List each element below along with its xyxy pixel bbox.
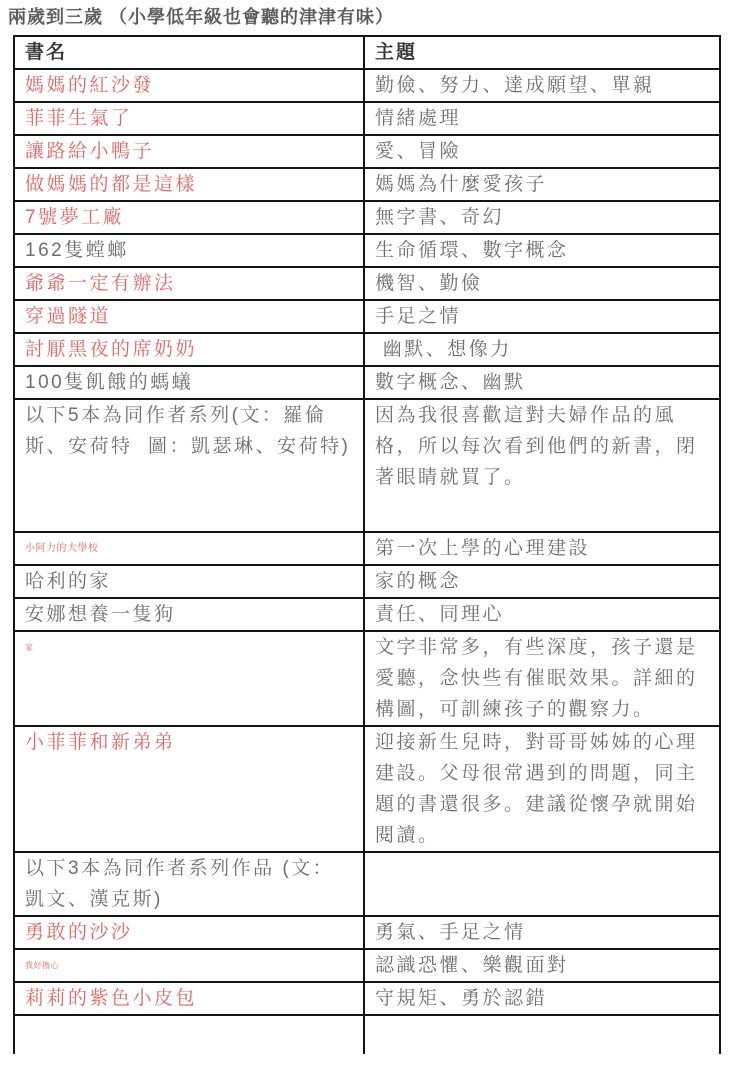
book-title-cell: 家: [14, 631, 364, 726]
table-row: 7號夢工廠無字書、奇幻: [14, 201, 720, 234]
book-title-cell: 100隻飢餓的螞蟻: [14, 366, 364, 399]
book-title-cell: 以下3本為同作者系列作品 (文：凱文、漢克斯): [14, 852, 364, 916]
table-header-row: 書名 主題: [14, 36, 720, 69]
table-row: 哈利的家家的概念: [14, 565, 720, 598]
table-row: 討厭黑夜的席奶奶 幽默、想像力: [14, 333, 720, 366]
theme-cell: [364, 852, 720, 916]
column-header-book-title: 書名: [14, 36, 364, 69]
table-row: 100隻飢餓的螞蟻數字概念、幽默: [14, 366, 720, 399]
book-title-cell: 討厭黑夜的席奶奶: [14, 333, 364, 366]
table-body: 媽媽的紅沙發勤儉、努力、達成願望、單親菲菲生氣了情緒處理讓路給小鴨子愛、冒險做媽…: [14, 69, 720, 1054]
theme-cell: 生命循環、數字概念: [364, 234, 720, 267]
table-row: 做媽媽的都是這樣媽媽為什麼愛孩子: [14, 168, 720, 201]
table-row: 以下5本為同作者系列(文：羅倫斯、安荷特 圖：凱瑟琳、安荷特)因為我很喜歡這對夫…: [14, 399, 720, 532]
book-title-cell: 菲菲生氣了: [14, 102, 364, 135]
table-row: 菲菲生氣了情緒處理: [14, 102, 720, 135]
theme-cell: 愛、冒險: [364, 135, 720, 168]
theme-cell: 責任、同理心: [364, 598, 720, 631]
theme-cell: [364, 1015, 720, 1054]
book-title-cell: 小阿力的大學校: [14, 532, 364, 565]
theme-cell: 因為我很喜歡這對夫婦作品的風格，所以每次看到他們的新書，閉著眼睛就買了。: [364, 399, 720, 532]
book-title-cell: 媽媽的紅沙發: [14, 69, 364, 102]
book-title-cell: [14, 1015, 364, 1054]
book-title-cell: 162隻螳螂: [14, 234, 364, 267]
book-title-cell: 小菲菲和新弟弟: [14, 726, 364, 852]
table-row: 讓路給小鴨子愛、冒險: [14, 135, 720, 168]
table-row: 162隻螳螂生命循環、數字概念: [14, 234, 720, 267]
theme-cell: 無字書、奇幻: [364, 201, 720, 234]
table-row: 小阿力的大學校第一次上學的心理建設: [14, 532, 720, 565]
table-row: 以下3本為同作者系列作品 (文：凱文、漢克斯): [14, 852, 720, 916]
theme-cell: 幽默、想像力: [364, 333, 720, 366]
page-title: 兩歲到三歲 （小學低年級也會聽的津津有味）: [8, 6, 740, 28]
table-row: 勇敢的沙沙勇氣、手足之情: [14, 916, 720, 949]
table-row: 小菲菲和新弟弟迎接新生兒時，對哥哥姊姊的心理建設。父母很常遇到的問題，同主題的書…: [14, 726, 720, 852]
book-title-cell: 莉莉的紫色小皮包: [14, 982, 364, 1015]
book-title-cell: 穿過隧道: [14, 300, 364, 333]
table-row: 爺爺一定有辦法機智、勤儉: [14, 267, 720, 300]
table-row: 我好擔心認識恐懼、樂觀面對: [14, 949, 720, 982]
table-row: 媽媽的紅沙發勤儉、努力、達成願望、單親: [14, 69, 720, 102]
book-title-cell: 做媽媽的都是這樣: [14, 168, 364, 201]
theme-cell: 迎接新生兒時，對哥哥姊姊的心理建設。父母很常遇到的問題，同主題的書還很多。建議從…: [364, 726, 720, 852]
book-title-cell: 以下5本為同作者系列(文：羅倫斯、安荷特 圖：凱瑟琳、安荷特): [14, 399, 364, 532]
book-title-cell: 讓路給小鴨子: [14, 135, 364, 168]
theme-cell: 數字概念、幽默: [364, 366, 720, 399]
theme-cell: 第一次上學的心理建設: [364, 532, 720, 565]
theme-cell: 機智、勤儉: [364, 267, 720, 300]
theme-cell: 勇氣、手足之情: [364, 916, 720, 949]
theme-cell: 情緒處理: [364, 102, 720, 135]
books-table: 書名 主題 媽媽的紅沙發勤儉、努力、達成願望、單親菲菲生氣了情緒處理讓路給小鴨子…: [13, 35, 721, 1054]
book-title-cell: 我好擔心: [14, 949, 364, 982]
theme-cell: 勤儉、努力、達成願望、單親: [364, 69, 720, 102]
book-title-cell: 哈利的家: [14, 565, 364, 598]
book-title-cell: 爺爺一定有辦法: [14, 267, 364, 300]
table-row: 家文字非常多，有些深度，孩子還是愛聽，念快些有催眠效果。詳細的構圖，可訓練孩子的…: [14, 631, 720, 726]
table-row-partial: [14, 1015, 720, 1054]
book-title-cell: 勇敢的沙沙: [14, 916, 364, 949]
theme-cell: 守規矩、勇於認錯: [364, 982, 720, 1015]
column-header-theme: 主題: [364, 36, 720, 69]
theme-cell: 家的概念: [364, 565, 720, 598]
book-title-cell: 7號夢工廠: [14, 201, 364, 234]
document-page: 兩歲到三歲 （小學低年級也會聽的津津有味） 書名 主題 媽媽的紅沙發勤儉、努力、…: [0, 0, 740, 1054]
table-row: 穿過隧道手足之情: [14, 300, 720, 333]
theme-cell: 手足之情: [364, 300, 720, 333]
theme-cell: 文字非常多，有些深度，孩子還是愛聽，念快些有催眠效果。詳細的構圖，可訓練孩子的觀…: [364, 631, 720, 726]
table-row: 安娜想養一隻狗責任、同理心: [14, 598, 720, 631]
theme-cell: 媽媽為什麼愛孩子: [364, 168, 720, 201]
book-title-cell: 安娜想養一隻狗: [14, 598, 364, 631]
table-row: 莉莉的紫色小皮包守規矩、勇於認錯: [14, 982, 720, 1015]
theme-cell: 認識恐懼、樂觀面對: [364, 949, 720, 982]
